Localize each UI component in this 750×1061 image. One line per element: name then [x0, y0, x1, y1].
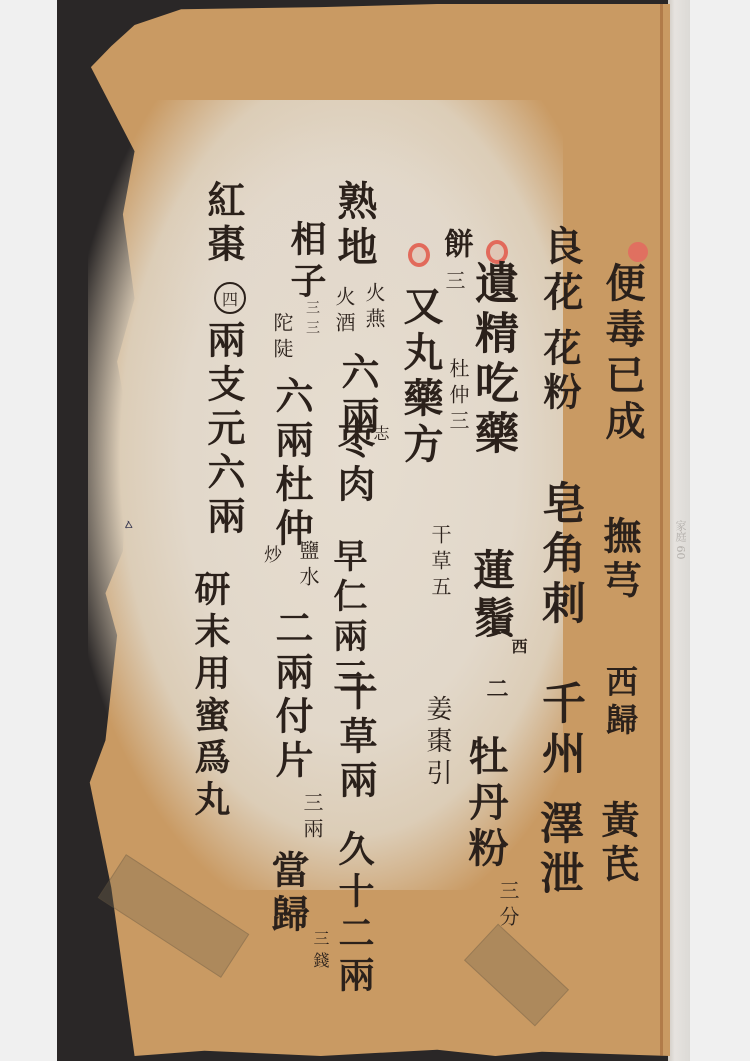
column-3-herb: 良花 — [540, 225, 580, 317]
column-9-instruction: 研末用蜜爲丸 — [192, 570, 228, 822]
column-9-herb: 紅棗 — [204, 180, 242, 268]
column-7-small-b: 火酒 — [334, 286, 354, 338]
column-8-herb: 相子 — [288, 220, 324, 304]
column-8-small-e: 三兩 — [302, 792, 322, 844]
column-6-dose: 三 — [444, 270, 464, 296]
column-6-sub-note-2: 干草五 — [430, 524, 450, 602]
column-2-herb-2: 西歸 — [604, 665, 636, 741]
adjacent-page-edge: 家庭 60 — [668, 0, 690, 1061]
column-5-dose-2: 三分 — [498, 880, 518, 932]
column-3-herb-2: 花粉 — [540, 328, 578, 416]
column-8-small-b: 陀陡 — [272, 312, 292, 364]
page-border-line — [660, 4, 663, 1056]
column-5-small-note: 西 — [510, 638, 526, 660]
column-6-sub-note-3: 姜棗引 — [424, 695, 450, 791]
column-2-herb-3: 黃芪 — [598, 800, 636, 888]
red-circle-mark — [408, 243, 430, 267]
column-8-small-d: 鹽水 — [298, 540, 318, 592]
column-6-title: 又丸藥方 — [400, 285, 440, 469]
column-5-title: 遺精吃藥 — [470, 260, 514, 460]
column-7-herb: 熟地 — [334, 180, 374, 272]
column-8-small-f: 三錢 — [312, 930, 328, 974]
column-5-dose: 二 — [485, 677, 507, 705]
column-5-herb-2: 牡丹粉 — [465, 735, 505, 873]
column-7-small-c: 志 — [372, 425, 388, 447]
column-9-dose-herb: 兩支元六兩 — [204, 320, 242, 540]
ghost-text: 家庭 60 — [672, 520, 688, 560]
column-8-dose-herb: 六兩杜仲 — [272, 376, 310, 552]
column-2-herb: 撫芎 — [600, 516, 638, 604]
column-6-sub-note: 杜仲三 — [448, 358, 468, 436]
column-7-herb-4: 干草兩 — [336, 672, 374, 804]
column-7-small-a: 火燕 — [364, 282, 384, 334]
column-4-herb-2: 千州 — [537, 680, 581, 780]
column-4-herb-3: 澤泄 — [535, 800, 579, 900]
column-4-herb: 皂角刺 — [537, 480, 581, 630]
column-6-herb: 餅 — [440, 228, 470, 264]
column-7-dose-2: 久十二兩 — [336, 830, 372, 998]
column-7-herb-2: 枣肉 — [334, 420, 372, 508]
column-5-herb: 蓮鬚 — [470, 548, 512, 644]
stray-pencil-mark: ㅿ — [122, 515, 136, 535]
column-8-dose-herb-2: 二兩付片 — [272, 608, 310, 784]
red-dot-mark — [628, 242, 648, 262]
circled-number: 四 — [214, 282, 246, 314]
column-1-title: 便毒已成 — [602, 262, 642, 446]
column-8-small-c: 炒 — [262, 545, 280, 569]
column-8-small-a: 三三 — [305, 300, 319, 340]
column-8-herb-2: 當歸 — [268, 850, 306, 938]
